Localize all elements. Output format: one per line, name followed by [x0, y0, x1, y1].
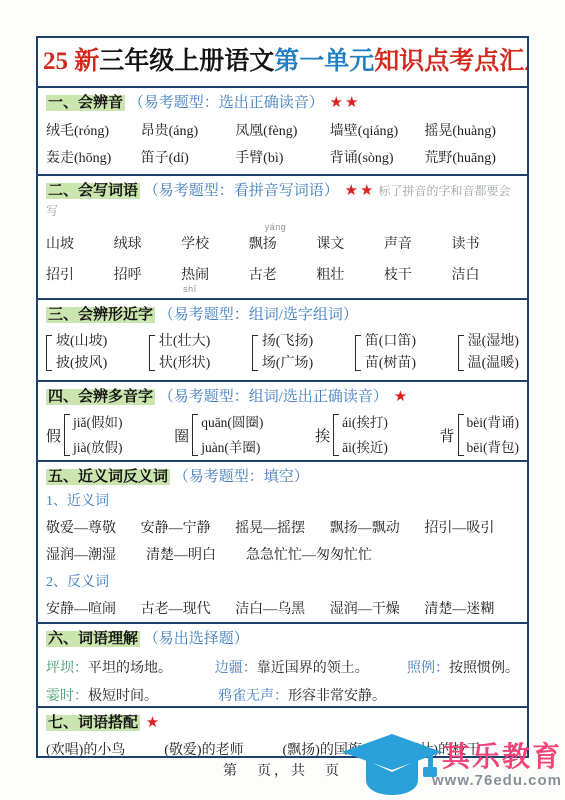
similar-character-pair: 坡(山坡)披(披风): [46, 331, 107, 375]
title-part: 三年级上册语文: [99, 48, 274, 75]
word-cell: 绒球: [114, 223, 182, 253]
watermark: 其乐教育 www.76edu.com: [336, 732, 562, 798]
watermark-text: 其乐教育 www.76edu.com: [432, 742, 562, 789]
word-cell: 昂贵(áng): [141, 120, 236, 140]
word-cell: 山坡: [46, 223, 114, 253]
definition-text: 极短时间。: [88, 689, 158, 704]
word-cell: 风笛: [249, 285, 317, 300]
word: 枝干: [384, 268, 412, 283]
polyphone-option: jià(放假): [73, 435, 123, 460]
word-cell: 觉得: [384, 285, 452, 300]
title-part: 25 新: [43, 48, 99, 75]
word-cell: 粗壮: [316, 254, 384, 284]
word-cell: 凤凰(fèng): [235, 120, 330, 140]
worksheet-page: 25 新三年级上册语文第一单元知识点考点汇总 一、会辨音 （易考题型：选出正确读…: [0, 0, 565, 800]
word-pair: 湿润—干燥: [330, 598, 425, 618]
polyphone-row: 假jiǎ(假如)jià(放假)圈quān(圆圈)juàn(羊圈)挨ái(挨打)ā…: [46, 410, 519, 460]
word-cell: 湿润shī: [181, 285, 249, 300]
word-pair: 安静—喧闹: [46, 598, 141, 618]
section-s3: 三、会辨形近字 （易考题型：组词/选字组词）坡(山坡)披(披风)壮(壮大)状(形…: [38, 300, 527, 382]
section-s1: 一、会辨音 （易考题型：选出正确读音） ★★绒毛(róng)昂贵(áng)凤凰(…: [38, 88, 527, 176]
star-rating: ★: [388, 389, 409, 405]
polyphone-options: ái(挨打)āi(挨近): [333, 410, 388, 460]
word: 山坡: [46, 237, 74, 252]
word: 招引: [46, 268, 74, 283]
polyphone-option: jiǎ(假如): [73, 410, 123, 435]
watermark-brand: 其乐教育: [442, 742, 562, 772]
definition-entry: 坪坝：平坦的场地。: [46, 657, 215, 677]
section-s4: 四、会辨多音字 （易考题型：组词/选出正确读音） ★假jiǎ(假如)jià(放假…: [38, 382, 527, 462]
pair-word: 笛(口笛): [365, 331, 416, 353]
word-pair: 清楚—迷糊: [424, 598, 519, 618]
definition-text: 靠近国界的领土。: [257, 661, 369, 676]
polyphone-option: juàn(羊圈): [201, 435, 263, 460]
title-part: 第一单元: [274, 48, 374, 75]
star-rating: ★★: [324, 95, 361, 111]
word-cell: (敬爱)的老师: [164, 739, 282, 756]
word-pair: 飘扬—飘动: [330, 517, 425, 537]
subsection-label: 1、近义词: [46, 490, 519, 510]
word-cell: 声音: [384, 223, 452, 253]
character-pairs-row: 坡(山坡)披(披风)壮(壮大)状(形状)扬(飞扬)场(广场)笛(口笛)苗(树苗)…: [46, 331, 519, 375]
section-exam-note: （易考题型：填空）: [170, 469, 309, 485]
word: 声音: [384, 237, 412, 252]
word-cell: 摇晃(huàng): [424, 120, 519, 140]
pair-word: 状(形状): [159, 353, 210, 375]
section-s6: 六、词语理解 （易出选择题）坪坝：平坦的场地。边疆：靠近国界的领土。照例：按照惯…: [38, 624, 527, 708]
word-pair-row: 湿润—潮湿清楚—明白急急忙忙—匆匆忙忙: [46, 544, 519, 564]
similar-character-pair: 笛(口笛)苗(树苗): [355, 331, 416, 375]
pinyin-annotation: shī: [183, 284, 197, 294]
section-heading: 七、词语搭配 ★: [46, 713, 519, 733]
polyphone-option: quān(圆圈): [201, 410, 263, 435]
definition-entry: 霎时：极短时间。: [46, 685, 218, 705]
worksheet-body: 一、会辨音 （易考题型：选出正确读音） ★★绒毛(róng)昂贵(áng)凤凰(…: [38, 88, 527, 756]
polyphone-group: 圈quān(圆圈)juàn(羊圈): [174, 410, 263, 460]
word-cell: 绒毛(róng): [46, 120, 141, 140]
polyphone-option: bēi(背包): [467, 435, 519, 460]
definition-term: 坪坝：: [46, 661, 88, 676]
word-cell: 热闹: [181, 254, 249, 284]
word-cell: 狂欢: [316, 285, 384, 300]
polyphone-character: 背: [439, 425, 454, 446]
pair-word: 壮(壮大): [159, 331, 210, 353]
word: 洁白: [451, 268, 479, 283]
word-cell: 轰走(hōng): [46, 147, 141, 167]
page-title: 25 新三年级上册语文第一单元知识点考点汇总: [38, 38, 527, 88]
definition-text: 按照惯例。: [449, 661, 519, 676]
word-row: 阵雨轰响湿润shī风笛狂欢觉得功课: [46, 285, 519, 300]
word-pair: 摇晃—摇摆: [235, 517, 330, 537]
title-part: 知识点考点汇总: [374, 48, 527, 75]
pair-word: 披(披风): [56, 353, 107, 375]
section-heading: 六、词语理解 （易出选择题）: [46, 629, 519, 649]
word: 学校: [181, 237, 209, 252]
word-cell: 枝干: [384, 254, 452, 284]
section-heading-label: 一、会辨音: [46, 95, 125, 111]
word-cell: 洁白: [451, 254, 519, 284]
pinyin-annotation: yáng: [265, 222, 287, 232]
word-pair: 急急忙忙—匆匆忙忙: [246, 544, 372, 564]
section-heading-label: 二、会写词语: [46, 183, 140, 199]
section-heading: 四、会辨多音字 （易考题型：组词/选出正确读音） ★: [46, 387, 519, 407]
worksheet-border: 25 新三年级上册语文第一单元知识点考点汇总 一、会辨音 （易考题型：选出正确读…: [36, 36, 529, 758]
section-heading-label: 三、会辨形近字: [46, 307, 155, 323]
word: 读书: [451, 237, 479, 252]
word-row: 招引招呼热闹古老粗壮枝干洁白: [46, 254, 519, 284]
section-heading: 二、会写词语 （易考题型：看拼音写词语） ★★ 标了拼音的字和音都要会写: [46, 181, 519, 221]
definition-term: 鸦雀无声：: [218, 689, 288, 704]
similar-character-pair: 扬(飞扬)场(广场): [252, 331, 313, 375]
section-exam-note: （易出选择题）: [140, 631, 249, 647]
polyphone-group: 挨ái(挨打)āi(挨近): [315, 410, 388, 460]
polyphone-character: 挨: [315, 425, 330, 446]
word: 绒球: [114, 237, 142, 252]
definition-entry: 鸦雀无声：形容非常安静。: [218, 685, 414, 705]
definition-row: 坪坝：平坦的场地。边疆：靠近国界的领土。照例：按照惯例。: [46, 657, 519, 677]
pair-word: 坡(山坡): [56, 331, 107, 353]
section-heading-label: 五、近义词反义词: [46, 469, 170, 485]
definition-entry: 照例：按照惯例。: [407, 657, 519, 677]
definition-text: 平坦的场地。: [88, 661, 172, 676]
polyphone-character: 圈: [174, 425, 189, 446]
polyphone-option: bèi(背诵): [467, 410, 519, 435]
polyphone-option: ái(挨打): [342, 410, 388, 435]
word-pair: 敬爱—尊敬: [46, 517, 141, 537]
definition-text: 形容非常安静。: [288, 689, 386, 704]
section-s2: 二、会写词语 （易考题型：看拼音写词语） ★★ 标了拼音的字和音都要会写山坡绒球…: [38, 176, 527, 300]
polyphone-option: āi(挨近): [342, 435, 388, 460]
word-row: 绒毛(róng)昂贵(áng)凤凰(fèng)墙壁(qiáng)摇晃(huàng…: [46, 120, 519, 140]
polyphone-options: bèi(背诵)bēi(背包): [458, 410, 519, 460]
word-cell: 招引: [46, 254, 114, 284]
pair-word: 场(广场): [262, 353, 313, 375]
star-rating: ★: [140, 715, 161, 731]
polyphone-group: 假jiǎ(假如)jià(放假): [46, 410, 123, 460]
word-cell: 学校: [181, 223, 249, 253]
section-heading-label: 四、会辨多音字: [46, 389, 155, 405]
word: 课文: [316, 237, 344, 252]
definition-entry: 边疆：靠近国界的领土。: [215, 657, 407, 677]
word: 粗壮: [316, 268, 344, 283]
section-heading: 五、近义词反义词 （易考题型：填空）: [46, 467, 519, 487]
section-exam-note: （易考题型：组词/选字组词）: [155, 307, 358, 323]
watermark-url: www.76edu.com: [432, 772, 562, 789]
pair-word: 湿(湿地): [468, 331, 519, 353]
section-heading: 一、会辨音 （易考题型：选出正确读音） ★★: [46, 93, 519, 113]
word: 古老: [249, 268, 277, 283]
word-cell: 笛子(dí): [141, 147, 236, 167]
polyphone-character: 假: [46, 425, 61, 446]
word-cell: 读书: [451, 223, 519, 253]
section-s5: 五、近义词反义词 （易考题型：填空）1、近义词敬爱—尊敬安静—宁静摇晃—摇摆飘扬…: [38, 462, 527, 624]
similar-character-pair: 湿(湿地)温(温暖): [458, 331, 519, 375]
word: 招呼: [114, 268, 142, 283]
word-pair-row: 安静—喧闹古老—现代洁白—乌黑湿润—干燥清楚—迷糊: [46, 598, 519, 618]
word-cell: 古老: [249, 254, 317, 284]
pair-word: 温(温暖): [468, 353, 519, 375]
star-rating: ★★: [339, 183, 376, 199]
word-cell: 招呼: [114, 254, 182, 284]
word-cell: 墙壁(qiáng): [330, 120, 425, 140]
word-pair: 古老—现代: [141, 598, 236, 618]
definition-term: 边疆：: [215, 661, 257, 676]
polyphone-options: jiǎ(假如)jià(放假): [64, 410, 123, 460]
subsection-label: 2、反义词: [46, 571, 519, 591]
word-pair: 清楚—明白: [146, 544, 216, 564]
section-heading-label: 六、词语理解: [46, 631, 140, 647]
section-exam-note: （易考题型：组词/选出正确读音）: [155, 389, 388, 405]
word: 飘扬: [249, 237, 277, 252]
similar-character-pair: 壮(壮大)状(形状): [149, 331, 210, 375]
word: 热闹: [181, 268, 209, 283]
word-row: 轰走(hōng)笛子(dí)手臂(bì)背诵(sòng)荒野(huāng): [46, 147, 519, 167]
word-pair: 安静—宁静: [141, 517, 236, 537]
definition-row: 霎时：极短时间。鸦雀无声：形容非常安静。: [46, 685, 519, 705]
word-cell: 功课: [451, 285, 519, 300]
word-row: 山坡绒球学校飘扬yáng课文声音读书: [46, 223, 519, 253]
word-pair: 洁白—乌黑: [235, 598, 330, 618]
section-heading: 三、会辨形近字 （易考题型：组词/选字组词）: [46, 305, 519, 325]
word-cell: 手臂(bì): [235, 147, 330, 167]
polyphone-options: quān(圆圈)juàn(羊圈): [192, 410, 263, 460]
word-cell: (欢唱)的小鸟: [46, 739, 164, 756]
word-cell: 课文: [316, 223, 384, 253]
word-pair-row: 敬爱—尊敬安静—宁静摇晃—摇摆飘扬—飘动招引—吸引: [46, 517, 519, 537]
definition-term: 照例：: [407, 661, 449, 676]
word-cell: 背诵(sòng): [330, 147, 425, 167]
word-cell: 飘扬yáng: [249, 223, 317, 253]
word-pair: 湿润—潮湿: [46, 544, 116, 564]
polyphone-group: 背bèi(背诵)bēi(背包): [439, 410, 519, 460]
definition-term: 霎时：: [46, 689, 88, 704]
word-cell: 荒野(huāng): [424, 147, 519, 167]
section-exam-note: （易考题型：看拼音写词语）: [140, 183, 339, 199]
pair-word: 苗(树苗): [365, 353, 416, 375]
word-pair: 招引—吸引: [424, 517, 519, 537]
word-cell: 轰响: [114, 285, 182, 300]
pair-word: 扬(飞扬): [262, 331, 313, 353]
section-heading-label: 七、词语搭配: [46, 715, 140, 731]
section-exam-note: （易考题型：选出正确读音）: [125, 95, 324, 111]
word-cell: 阵雨: [46, 285, 114, 300]
